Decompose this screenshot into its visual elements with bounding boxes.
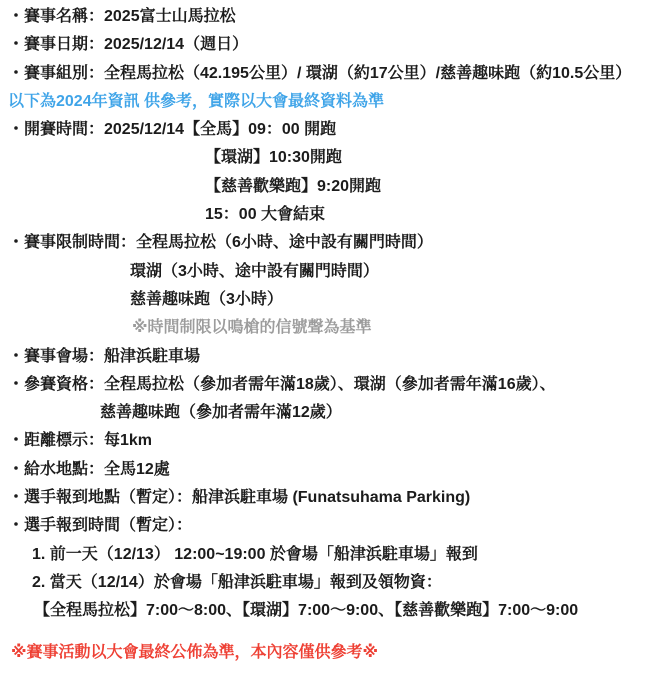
final-disclaimer-line: ※賽事活動以大會最終公佈為準，本內容僅供參考※ [8, 639, 668, 667]
reference-note-line: 以下為2024年資訊 供參考，實際以大會最終資料為準 [8, 88, 668, 116]
time-limit-lake-line: 環湖（3小時、途中設有關門時間） [8, 258, 668, 286]
time-limit-note-line: ※時間制限以鳴槍的信號聲為基準 [8, 314, 668, 342]
eligibility-line-1: ・參賽資格：全程馬拉松（參加者需年滿18歲）、環湖（參加者需年滿16歲）、 [8, 371, 668, 399]
start-time-charity-line: 【慈善歡樂跑】9:20開跑 [8, 173, 668, 201]
checkin-day-before-line: 1. 前一天（12/13） 12:00~19:00 於會場「船津浜駐車場」報到 [8, 541, 668, 569]
checkin-same-day-line: 2. 當天（12/14）於會場「船津浜駐車場」報到及領物資： [8, 569, 668, 597]
start-time-lake-line: 【環湖】10:30開跑 [8, 144, 668, 172]
eligibility-line-2: 慈善趣味跑（參加者需年滿12歲） [8, 399, 668, 427]
checkin-same-day-times-line: 【全程馬拉松】7:00～8:00、【環湖】7:00～9:00、【慈善歡樂跑】7:… [8, 597, 668, 625]
checkin-time-header-line: ・選手報到時間（暫定）： [8, 512, 668, 540]
checkin-location-line: ・選手報到地點（暫定）：船津浜駐車場 (Funatsuhama Parking) [8, 484, 668, 512]
time-limit-charity-line: 慈善趣味跑（3小時） [8, 286, 668, 314]
water-stations-line: ・給水地點：全馬12處 [8, 456, 668, 484]
event-date-line: ・賽事日期：2025/12/14（週日） [8, 31, 668, 59]
event-name-line: ・賽事名稱：2025富士山馬拉松 [8, 3, 668, 31]
start-time-main-line: ・開賽時間：2025/12/14【全馬】09：00 開跑 [8, 116, 668, 144]
event-end-time-line: 15：00 大會結束 [8, 201, 668, 229]
event-categories-line: ・賽事組別：全程馬拉松（42.195公里）/ 環湖（約17公里）/慈善趣味跑（約… [8, 60, 668, 88]
venue-line: ・賽事會場：船津浜駐車場 [8, 343, 668, 371]
event-info-document: ・賽事名稱：2025富士山馬拉松 ・賽事日期：2025/12/14（週日） ・賽… [0, 0, 670, 678]
time-limit-main-line: ・賽事限制時間：全程馬拉松（6小時、途中設有關門時間） [8, 229, 668, 257]
distance-marker-line: ・距離標示：每1km [8, 427, 668, 455]
